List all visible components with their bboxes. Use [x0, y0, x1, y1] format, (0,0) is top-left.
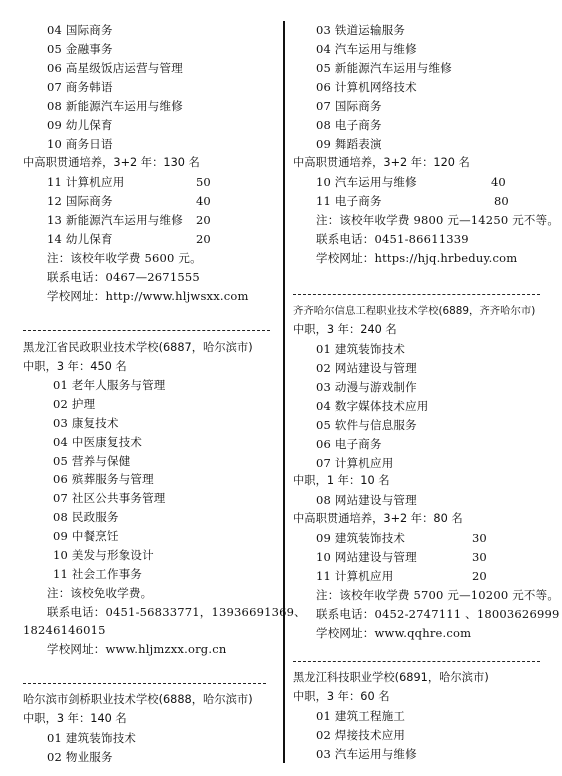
major-item: 04 国际商务 [47, 21, 113, 39]
program-heading: 中高职贯通培养，3+2 年：120 名 [293, 154, 470, 172]
contact-phone: 联系电话：0467—2671555 [47, 268, 200, 286]
contact-phone: 联系电话：0451-56833771，13936691369、 [47, 603, 306, 621]
school-website[interactable]: 学校网址：http://www.hljwsxx.com [47, 287, 249, 305]
major-item: 06 计算机网络技术 [316, 78, 417, 96]
section-separator [23, 330, 270, 331]
major-item: 01 建筑装饰技术 [316, 340, 405, 358]
major-item: 07 商务韩语 [47, 78, 113, 96]
major-item: 06 电子商务 [316, 435, 382, 453]
major-item: 11 电子商务 [316, 192, 382, 210]
program-heading: 中高职贯通培养，3+2 年：80 名 [293, 510, 463, 528]
major-item: 10 商务日语 [47, 135, 113, 153]
major-item: 03 动漫与游戏制作 [316, 378, 417, 396]
major-item: 01 建筑装饰技术 [47, 729, 136, 747]
school-title: 黑龙江省民政职业技术学校(6887，哈尔滨市) [23, 339, 253, 357]
major-item: 03 汽车运用与维修 [316, 745, 417, 763]
major-item: 01 老年人服务与管理 [53, 376, 166, 394]
enrollment-count: 40 [491, 173, 506, 191]
fee-note: 注：该校年收学费 9800 元—14250 元不等。 [316, 211, 559, 229]
major-item: 01 建筑工程施工 [316, 707, 405, 725]
major-item: 03 康复技术 [53, 414, 119, 432]
enrollment-count: 20 [196, 230, 211, 248]
major-item: 14 幼儿保育 [47, 230, 113, 248]
major-item: 02 焊接技术应用 [316, 726, 405, 744]
major-item: 10 网站建设与管理 [316, 548, 417, 566]
fee-note: 注：该校免收学费。 [47, 584, 152, 602]
program-heading: 中高职贯通培养，3+2 年：130 名 [23, 154, 200, 172]
major-item: 08 新能源汽车运用与维修 [47, 97, 183, 115]
major-item: 09 建筑装饰技术 [316, 529, 405, 547]
school-website[interactable]: 学校网址：www.hljmzxx.org.cn [47, 640, 226, 658]
school-title: 黑龙江科技职业学校(6891，哈尔滨市) [293, 669, 489, 687]
enrollment-count: 40 [196, 192, 211, 210]
enrollment-count: 50 [196, 173, 211, 191]
fee-note: 注：该校年收学费 5700 元—10200 元不等。 [316, 586, 559, 604]
major-item: 10 汽车运用与维修 [316, 173, 417, 191]
program-heading: 中职，3 年：60 名 [293, 688, 390, 706]
major-item: 09 幼儿保育 [47, 116, 113, 134]
enrollment-count: 80 [494, 192, 509, 210]
major-item: 07 社区公共事务管理 [53, 489, 166, 507]
major-item: 05 软件与信息服务 [316, 416, 417, 434]
major-item: 09 中餐烹饪 [53, 527, 119, 545]
enrollment-count: 30 [472, 548, 487, 566]
contact-phone: 联系电话：0452-2747111 、18003626999 [316, 605, 560, 623]
major-item: 07 计算机应用 [316, 454, 393, 472]
major-item: 08 网站建设与管理 [316, 491, 417, 509]
column-divider [283, 21, 285, 763]
school-website[interactable]: 学校网址：www.qqhre.com [316, 624, 471, 642]
fee-note: 注：该校年收学费 5600 元。 [47, 249, 202, 267]
school-website[interactable]: 学校网址：https://hjq.hrbeduy.com [316, 249, 517, 267]
major-item: 04 中医康复技术 [53, 433, 142, 451]
program-heading: 中职，3 年：240 名 [293, 321, 397, 339]
major-item: 06 殡葬服务与管理 [53, 470, 154, 488]
major-item: 09 舞蹈表演 [316, 135, 382, 153]
major-item: 05 营养与保健 [53, 452, 130, 470]
enrollment-count: 20 [196, 211, 211, 229]
program-heading: 中职，3 年：140 名 [23, 710, 127, 728]
major-item: 02 护理 [53, 395, 95, 413]
major-item: 08 民政服务 [53, 508, 119, 526]
contact-phone: 联系电话：0451-86611339 [316, 230, 469, 248]
major-item: 03 铁道运输服务 [316, 21, 405, 39]
major-item: 04 数字媒体技术应用 [316, 397, 429, 415]
major-item: 13 新能源汽车运用与维修 [47, 211, 183, 229]
program-heading: 中职，3 年：450 名 [23, 358, 127, 376]
major-item: 05 新能源汽车运用与维修 [316, 59, 452, 77]
major-item: 10 美发与形象设计 [53, 546, 154, 564]
major-item: 06 高星级饭店运营与管理 [47, 59, 183, 77]
major-item: 11 社会工作事务 [53, 565, 142, 583]
major-item: 12 国际商务 [47, 192, 113, 210]
contact-phone-cont: 18246146015 [23, 621, 106, 639]
school-title: 哈尔滨市剑桥职业技术学校(6888，哈尔滨市) [23, 691, 253, 709]
major-item: 08 电子商务 [316, 116, 382, 134]
major-item: 11 计算机应用 [47, 173, 124, 191]
program-heading: 中职，1 年：10 名 [293, 472, 390, 490]
major-item: 07 国际商务 [316, 97, 382, 115]
major-item: 11 计算机应用 [316, 567, 393, 585]
major-item: 02 网站建设与管理 [316, 359, 417, 377]
major-item: 02 物业服务 [47, 748, 113, 766]
school-title: 齐齐哈尔信息工程职业技术学校(6889，齐齐哈尔市) [293, 302, 535, 320]
section-separator [293, 294, 540, 295]
section-separator [23, 683, 266, 684]
major-item: 05 金融事务 [47, 40, 113, 58]
enrollment-count: 30 [472, 529, 487, 547]
major-item: 04 汽车运用与维修 [316, 40, 417, 58]
section-separator [293, 661, 540, 662]
enrollment-count: 20 [472, 567, 487, 585]
